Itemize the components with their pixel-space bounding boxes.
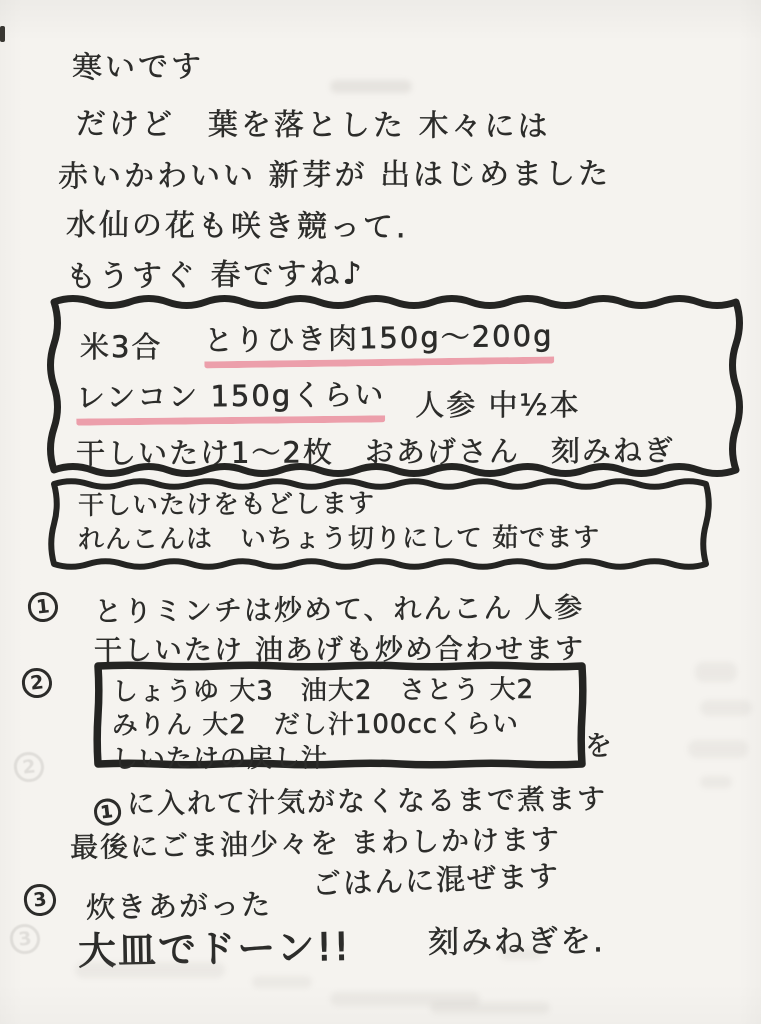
greeting-line-4: 水仙の花も咲き競って. (66, 200, 409, 246)
step-2-number-bleedthrough: 2 (13, 751, 46, 784)
bleedthrough-mark (695, 662, 737, 682)
seasoning-line-3: しいたけの戻し汁 (112, 737, 328, 775)
greeting-line-2: だけど 葉を落とした 木々には (76, 99, 551, 145)
ingredient-lotus-root-underlined: レンコン 150gくらい (76, 372, 386, 425)
step-1-line-1: とりミンチは炒めて、れんこん 人参 (94, 586, 585, 630)
ingredient-carrot: 人参 中½本 (415, 383, 580, 424)
step-2-after-text: に入れて汁気がなくなるまで煮ます (127, 782, 607, 820)
ingredient-chicken-underlined: とりひき肉150g〜200g (204, 314, 554, 369)
step-3-number: 3 (22, 882, 57, 917)
bleedthrough-mark (700, 700, 752, 716)
greeting-line-3: 赤いかわいい 新芽が 出はじめました (58, 149, 611, 196)
ink-speck (0, 26, 5, 42)
seasoning-line-1: しょうゆ 大3 油大2 さとう 大2 (112, 669, 534, 708)
bleedthrough-mark (75, 962, 225, 978)
step-3-number-bleedthrough: 3 (9, 923, 42, 956)
step-1-number: 1 (27, 591, 60, 624)
prep-line-2: れんこんは いちょう切りにして 茹でます (78, 517, 600, 556)
seasoning-suffix-particle: を (585, 724, 613, 763)
ingredient-rice: 米3合 (80, 325, 162, 366)
pencil-smudge (330, 80, 412, 93)
inline-circled-1: 1 (93, 797, 123, 827)
seasoning-line-2: みりん 大2 だし汁100ccくらい (112, 703, 519, 741)
handwritten-recipe-note: 寒いです だけど 葉を落とした 木々には 赤いかわいい 新芽が 出はじめました … (0, 0, 761, 1024)
ingredients-line-2: レンコン 150gくらい 人参 中½本 (76, 374, 581, 424)
ingredients-line-3: 干しいたけ1〜2枚 おあげさん 刻みねぎ (76, 428, 675, 472)
bleedthrough-mark (500, 948, 542, 960)
greeting-line-1: 寒いです (72, 41, 204, 86)
step-2-number: 2 (21, 667, 54, 700)
bleedthrough-mark (252, 976, 312, 988)
step-3-line-1b: ごはんに混ぜます (311, 854, 560, 904)
bleedthrough-mark (688, 740, 748, 758)
bleedthrough-mark (700, 776, 732, 788)
greeting-line-5: もうすぐ 春ですね♪ (66, 248, 365, 295)
bleedthrough-mark (430, 1002, 550, 1014)
prep-line-1: 干しいたけをもどします (78, 483, 375, 522)
ingredients-line-1: 米3合 とりひき肉150g〜200g (80, 316, 554, 366)
